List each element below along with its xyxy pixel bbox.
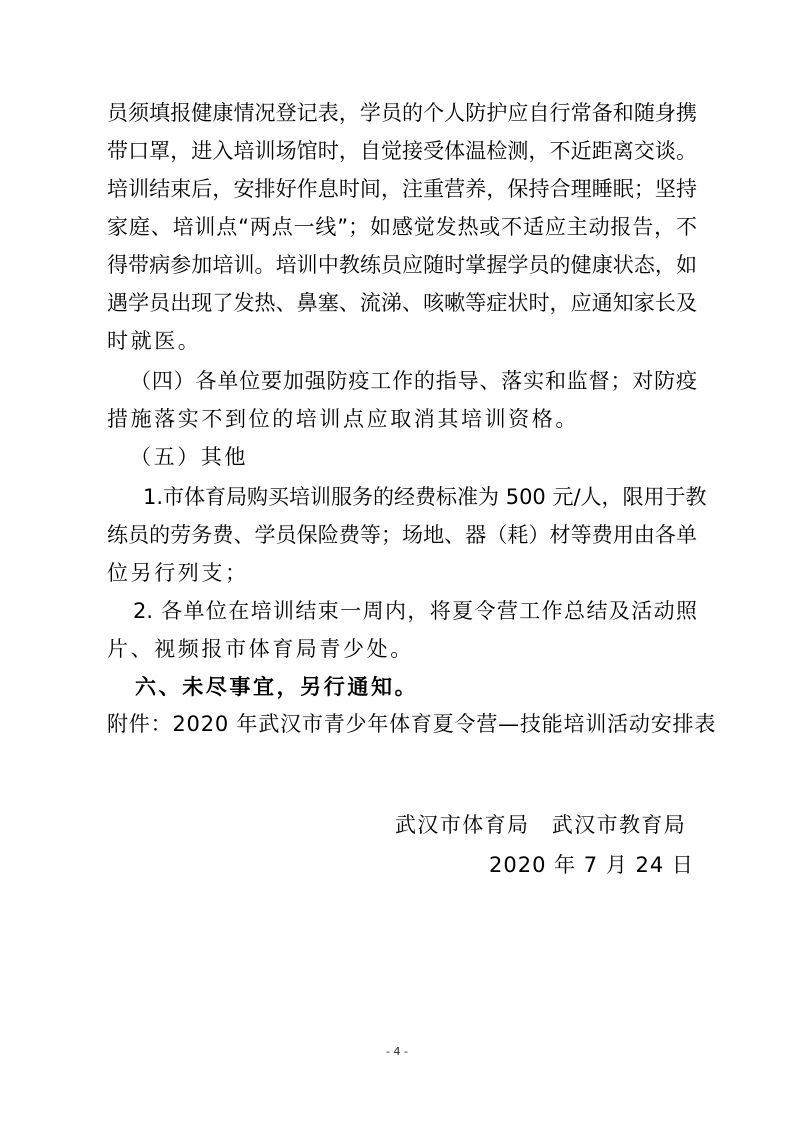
item-1-line-3: 位另行列支； — [107, 554, 697, 592]
section-6-heading: 六、未尽事宜，另行通知。 — [135, 668, 725, 706]
item-1-line-1: 1.市体育局购买培训服务的经费标准为 500 元/人，限用于教 — [143, 478, 697, 516]
section-5-heading: （五）其他 — [130, 438, 720, 476]
page-number: - 4 - — [0, 1045, 794, 1059]
document-page: 员须填报健康情况登记表，学员的个人防护应自行常备和随身携 带口罩，进入培训场馆时… — [0, 0, 794, 1123]
body-line-1: 员须填报健康情况登记表，学员的个人防护应自行常备和随身携 — [107, 94, 697, 132]
body-line-2: 带口罩，进入培训场馆时，自觉接受体温检测，不近距离交谈。 — [107, 132, 697, 170]
section-4-line-2: 措施落实不到位的培训点应取消其培训资格。 — [107, 400, 697, 438]
issuing-organizations: 武汉市体育局 武汉市教育局 — [395, 806, 686, 844]
body-line-4: 家庭、培训点“两点一线”；如感觉发热或不适应主动报告，不 — [107, 208, 697, 246]
item-1-line-2: 练员的劳务费、学员保险费等；场地、器（耗）材等费用由各单 — [107, 516, 697, 554]
body-line-5: 得带病参加培训。培训中教练员应随时掌握学员的健康状态，如 — [107, 246, 697, 284]
body-line-7: 时就医。 — [107, 322, 697, 360]
body-line-6: 遇学员出现了发热、鼻塞、流涕、咳嗽等症状时，应通知家长及 — [107, 284, 697, 322]
issue-date: 2020 年 7 月 24 日 — [489, 846, 694, 884]
attachment-line: 附件：2020 年武汉市青少年体育夏令营—技能培训活动安排表 — [107, 705, 697, 743]
section-4-line-1: （四）各单位要加强防疫工作的指导、落实和监督；对防疫 — [130, 362, 697, 400]
item-2-line-1: 2. 各单位在培训结束一周内，将夏令营工作总结及活动照 — [133, 592, 697, 630]
item-2-line-2: 片、视频报市体育局青少处。 — [107, 630, 697, 668]
body-line-3: 培训结束后，安排好作息时间，注重营养，保持合理睡眠；坚持 — [107, 170, 697, 208]
